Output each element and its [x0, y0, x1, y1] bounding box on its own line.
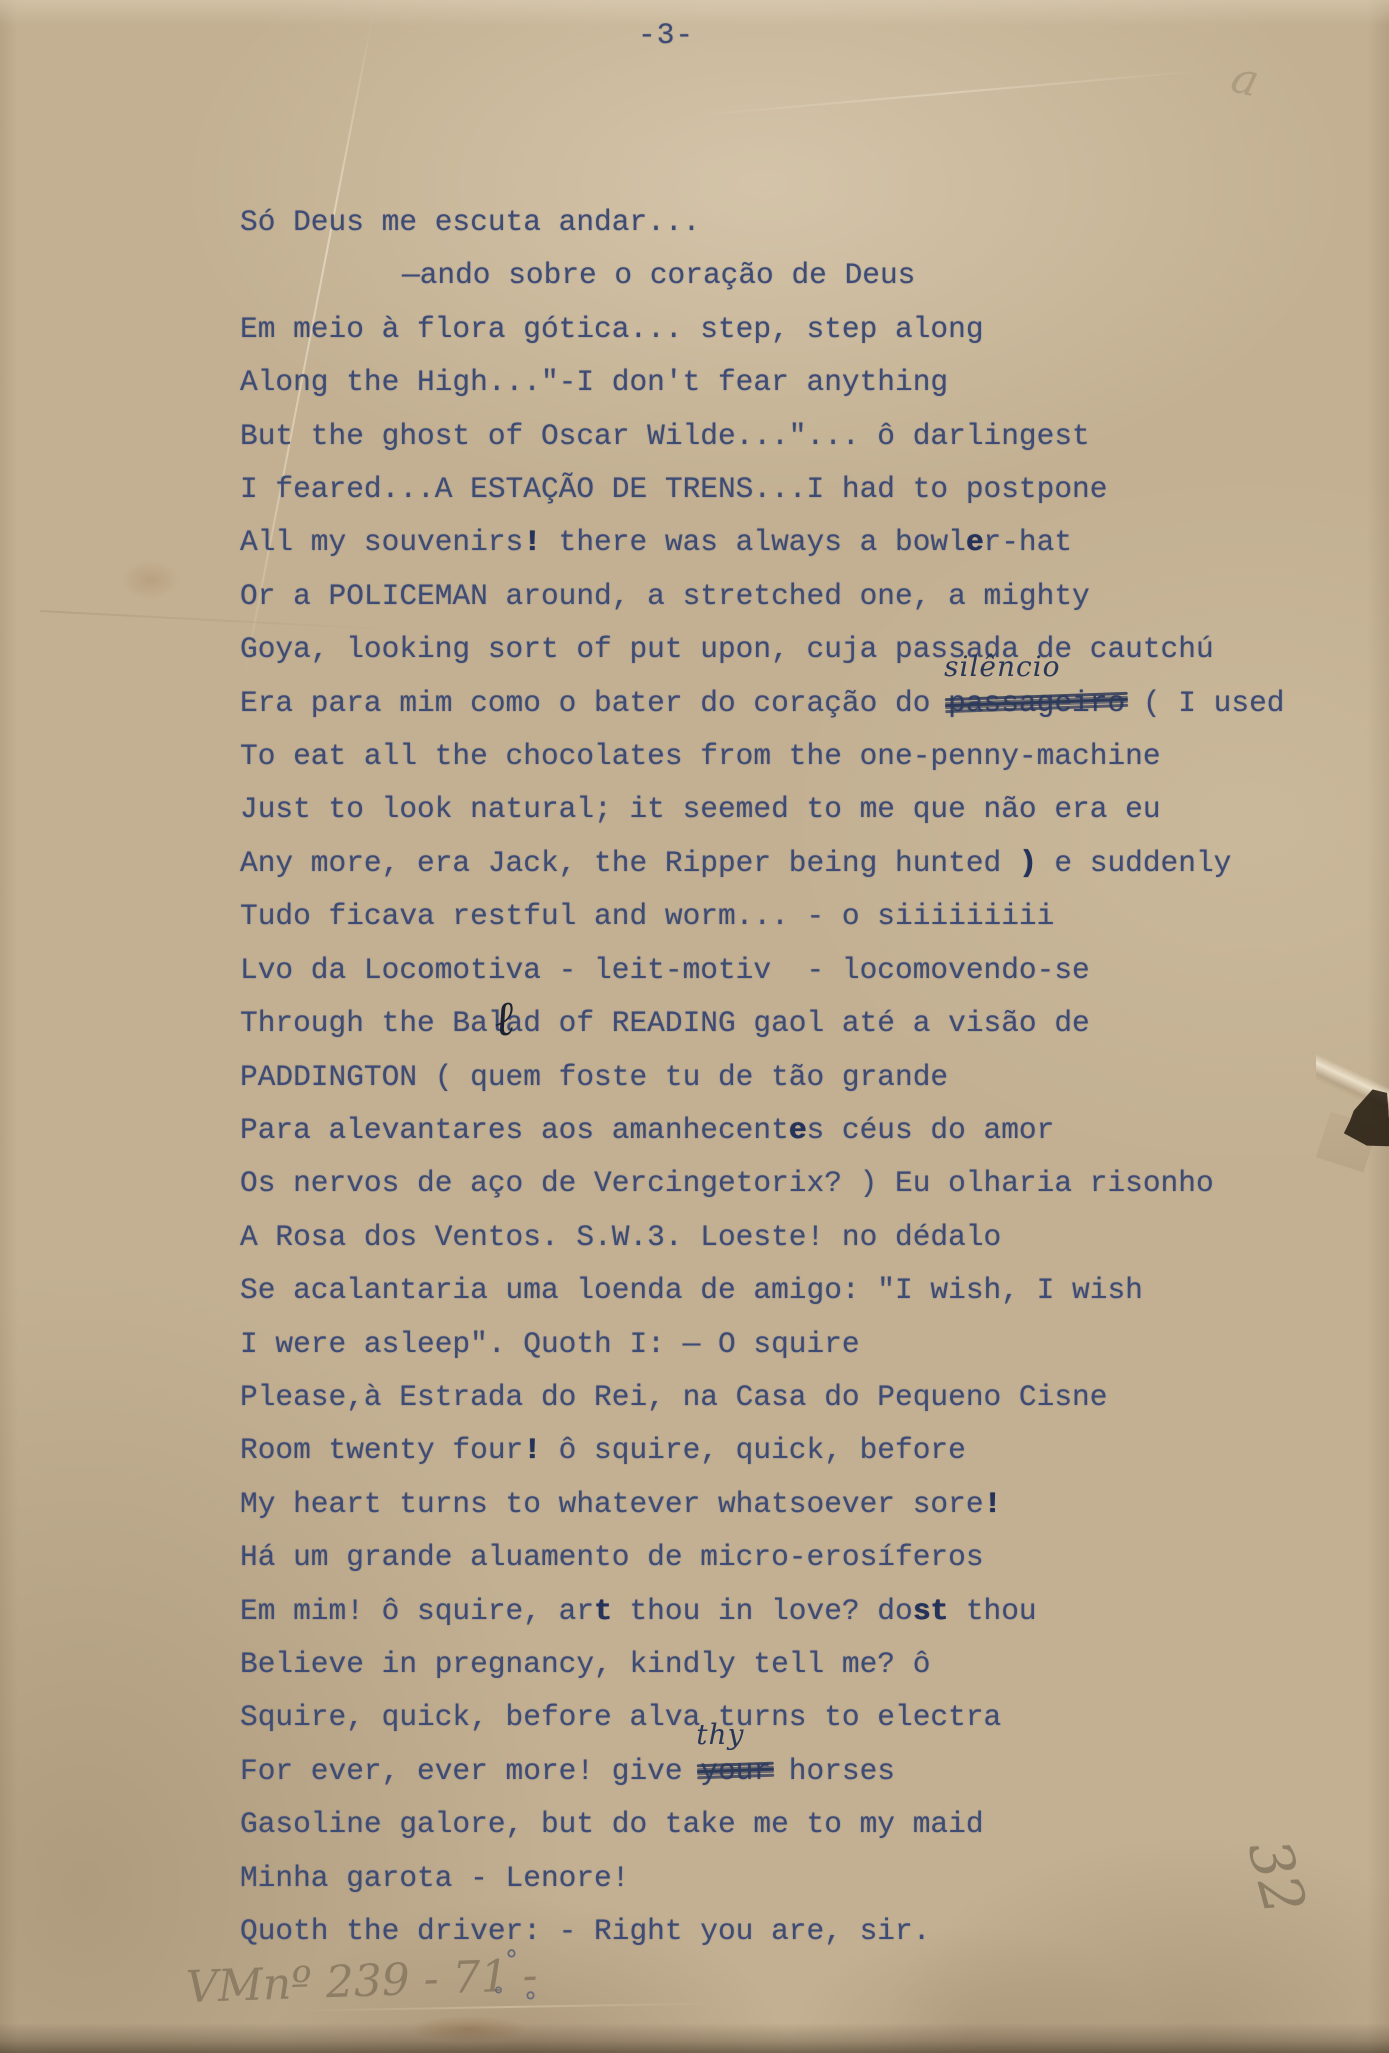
poem-line: Room twenty four! ô squire, quick, befor…	[240, 1424, 1340, 1477]
text-segment: s céus do amor	[807, 1113, 1055, 1147]
poem-line: I were asleep". Quoth I: — O squire	[240, 1318, 1340, 1371]
struck-out-word: yourthy	[700, 1754, 771, 1788]
text-segment: Era para mim como o bater do coração do	[240, 686, 948, 720]
poem-line: To eat all the chocolates from the one-p…	[240, 730, 1340, 783]
overstruck-text: t	[594, 1594, 612, 1628]
overstruck-text: e	[966, 525, 984, 559]
poem-line: —ando sobre o coração de Deus	[240, 249, 1340, 302]
text-segment: I were asleep". Quoth I: — O squire	[240, 1327, 860, 1361]
typed-degree-mark: °	[493, 1986, 504, 2008]
text-segment: Minha garota - Lenore!	[240, 1861, 629, 1895]
pencil-number: 32	[1239, 1834, 1314, 1920]
poem-line: Era para mim como o bater do coração do …	[240, 677, 1340, 730]
poem-line: Tudo ficava restful and worm... - o siii…	[240, 890, 1340, 943]
poem-line: Há um grande aluamento de micro-erosífer…	[240, 1531, 1340, 1584]
overstruck-text: e	[789, 1113, 807, 1147]
poem-line: But the ghost of Oscar Wilde..."... ô da…	[240, 410, 1340, 463]
poem-line: PADDINGTON ( quem foste tu de tão grande	[240, 1051, 1340, 1104]
poem-line: Or a POLICEMAN around, a stretched one, …	[240, 570, 1340, 623]
text-segment: ad of READING gaol até a visão de	[506, 1006, 1090, 1040]
insertion-glyph: ℓ	[491, 994, 516, 1044]
text-segment: Em meio à flora gótica... step, step alo…	[240, 312, 984, 346]
text-segment: But the ghost of Oscar Wilde..."... ô da…	[240, 419, 1090, 453]
text-segment: Há um grande aluamento de micro-erosífer…	[240, 1540, 984, 1574]
text-segment: Along the High..."-I don't fear anything	[240, 365, 948, 399]
text-segment: To eat all the chocolates from the one-p…	[240, 739, 1161, 773]
text-segment: A Rosa dos Ventos. S.W.3. Loeste! no déd…	[240, 1220, 1001, 1254]
poem-line: Os nervos de aço de Vercingetorix? ) Eu …	[240, 1157, 1340, 1210]
text-segment: Just to look natural; it seemed to me qu…	[240, 792, 1161, 826]
overstruck-text: !	[523, 525, 541, 559]
handwritten-correction: silêncio	[944, 653, 1060, 681]
text-segment: Squire, quick, before alva turns to elec…	[240, 1700, 1001, 1734]
poem-line: Believe in pregnancy, kindly tell me? ô	[240, 1638, 1340, 1691]
text-segment: Believe in pregnancy, kindly tell me? ô	[240, 1647, 930, 1681]
poem-line: A Rosa dos Ventos. S.W.3. Loeste! no déd…	[240, 1211, 1340, 1264]
pencil-squiggle: a	[1227, 55, 1263, 104]
text-segment: Room twenty four	[240, 1433, 523, 1467]
poem-line: My heart turns to whatever whatsoever so…	[240, 1478, 1340, 1531]
poem-line: Minha garota - Lenore!	[240, 1852, 1340, 1905]
poem-line: Em meio à flora gótica... step, step alo…	[240, 303, 1340, 356]
poem-line: Para alevantares aos amanhecentes céus d…	[240, 1104, 1340, 1157]
text-segment: —ando sobre o coração de Deus	[402, 258, 915, 292]
text-segment: PADDINGTON ( quem foste tu de tão grande	[240, 1060, 948, 1094]
text-segment: Quoth the driver: - Right you are, sir.	[240, 1914, 930, 1948]
text-segment: Gasoline galore, but do take me to my ma…	[240, 1807, 984, 1841]
text-segment: My heart turns to whatever whatsoever so…	[240, 1487, 984, 1521]
overstruck-text: !	[523, 1433, 541, 1467]
text-segment: Se acalantaria uma loenda de amigo: "I w…	[240, 1273, 1143, 1307]
text-segment: Any more, era Jack, the Ripper being hun…	[240, 846, 1019, 880]
poem-line: Please,à Estrada do Rei, na Casa do Pequ…	[240, 1371, 1340, 1424]
text-segment: All my souvenirs	[240, 525, 523, 559]
text-segment: Or a POLICEMAN around, a stretched one, …	[240, 579, 1090, 613]
text-segment: Tudo ficava restful and worm... - o siii…	[240, 899, 1054, 933]
poem: Só Deus me escuta andar...—ando sobre o …	[240, 196, 1340, 1958]
text-segment: r-hat	[984, 525, 1073, 559]
typed-degree-mark: °	[505, 1948, 518, 1974]
text-segment: Lvo da Locomotiva - leit-motiv - locomov…	[240, 953, 1090, 987]
text-segment: there was always a bowl	[541, 525, 966, 559]
text-segment: Through the Bal	[240, 1006, 506, 1040]
typed-degree-mark: °	[524, 1990, 537, 2016]
poem-line: Squire, quick, before alva turns to elec…	[240, 1691, 1340, 1744]
text-segment: horses	[771, 1754, 895, 1788]
text-segment: I feared...A ESTAÇÃO DE TRENS...I had to…	[240, 472, 1107, 506]
paper-stain	[120, 560, 180, 600]
poem-line: All my souvenirs! there was always a bow…	[240, 516, 1340, 569]
text-segment: Please,à Estrada do Rei, na Casa do Pequ…	[240, 1380, 1107, 1414]
poem-line: Goya, looking sort of put upon, cuja pas…	[240, 623, 1340, 676]
text-segment: For ever, ever more! give	[240, 1754, 700, 1788]
overstruck-text: )	[1019, 846, 1037, 880]
poem-line: I feared...A ESTAÇÃO DE TRENS...I had to…	[240, 463, 1340, 516]
poem-line: Lvo da Locomotiva - leit-motiv - locomov…	[240, 944, 1340, 997]
text-segment: Em mim! ô squire, ar	[240, 1594, 594, 1628]
paper-crease	[691, 69, 1209, 116]
paper-bottom-edge-shadow	[0, 2023, 1389, 2053]
text-segment: ô squire, quick, before	[541, 1433, 966, 1467]
text-segment: e suddenly	[1037, 846, 1232, 880]
page-number: -3-	[638, 18, 694, 52]
overstruck-text: st	[913, 1594, 948, 1628]
poem-line: Any more, era Jack, the Ripper being hun…	[240, 837, 1340, 890]
poem-line: For ever, ever more! give yourthy horses	[240, 1745, 1340, 1798]
poem-line: Em mim! ô squire, art thou in love? dost…	[240, 1585, 1340, 1638]
poem-line: Along the High..."-I don't fear anything	[240, 356, 1340, 409]
struck-out-word: passageirosilêncio	[948, 686, 1125, 720]
poem-line: Se acalantaria uma loenda de amigo: "I w…	[240, 1264, 1340, 1317]
text-segment: ( I used	[1125, 686, 1284, 720]
poem-line: Quoth the driver: - Right you are, sir.	[240, 1905, 1340, 1958]
overstruck-text: !	[984, 1487, 1002, 1521]
text-segment: Goya, looking sort of put upon, cuja pas…	[240, 632, 1214, 666]
archive-number-pencil: VMnº 239 - 71 -	[185, 1954, 538, 2010]
poem-line: Só Deus me escuta andar...	[240, 196, 1340, 249]
typewritten-page: { "page": { "number_label": "-3-" }, "co…	[0, 0, 1389, 2053]
text-segment: thou in love? do	[612, 1594, 913, 1628]
text-segment: thou	[948, 1594, 1037, 1628]
text-segment: Para alevantares aos amanhecent	[240, 1113, 789, 1147]
poem-line: Just to look natural; it seemed to me qu…	[240, 783, 1340, 836]
poem-line: Through the Balℓad of READING gaol até a…	[240, 997, 1340, 1050]
text-segment: Os nervos de aço de Vercingetorix? ) Eu …	[240, 1166, 1214, 1200]
handwritten-correction: thy	[696, 1721, 744, 1749]
text-segment: Só Deus me escuta andar...	[240, 205, 700, 239]
poem-line: Gasoline galore, but do take me to my ma…	[240, 1798, 1340, 1851]
